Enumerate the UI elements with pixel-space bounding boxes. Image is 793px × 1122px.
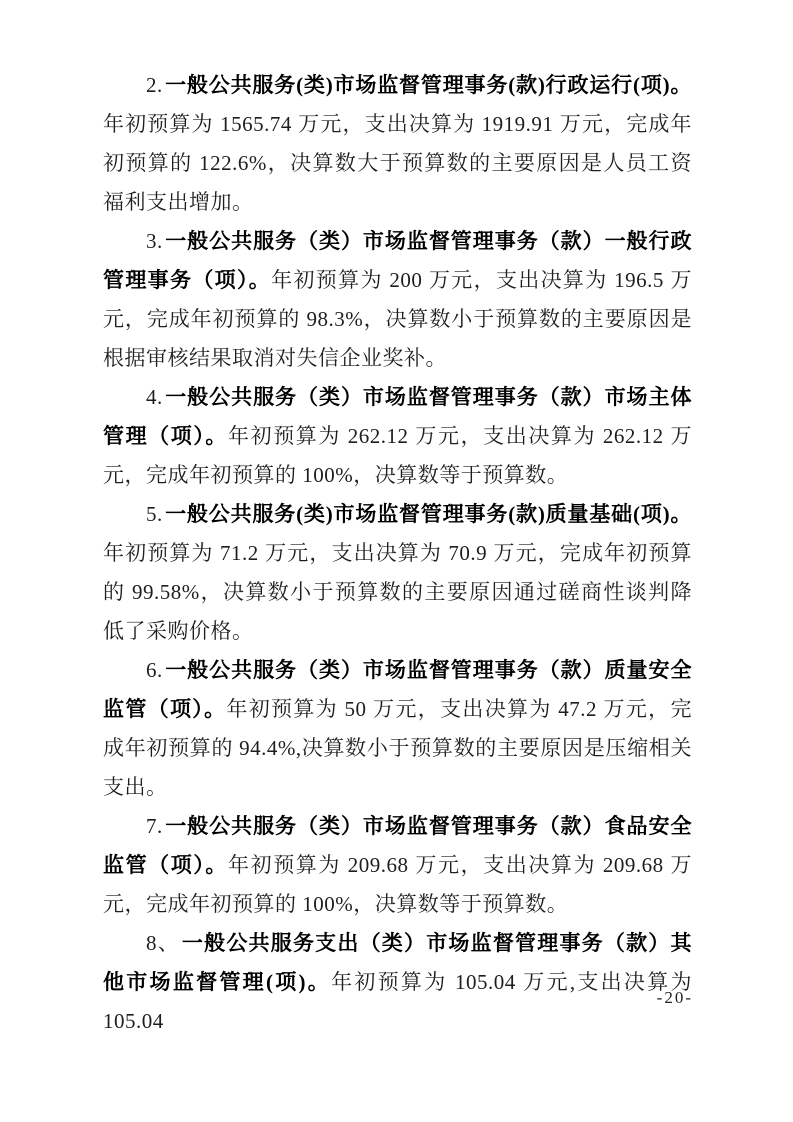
paragraph-number: 4. [146,385,165,409]
budget-paragraph-7: 7.一般公共服务（类）市场监督管理事务（款）食品安全监管（项）。年初预算为 20… [103,807,692,924]
paragraph-number: 5. [146,502,165,526]
budget-paragraph-4: 4.一般公共服务（类）市场监督管理事务（款）市场主体管理（项）。年初预算为 26… [103,378,692,495]
budget-paragraph-3: 3.一般公共服务（类）市场监督管理事务（款）一般行政管理事务（项）。年初预算为 … [103,222,692,378]
budget-paragraph-6: 6.一般公共服务（类）市场监督管理事务（款）质量安全监管（项）。年初预算为 50… [103,651,692,807]
document-body: 2.一般公共服务(类)市场监督管理事务(款)行政运行(项)。年初预算为 1565… [103,66,692,1041]
paragraph-body: 年初预算为 71.2 万元，支出决算为 70.9 万元，完成年初预算的 99.5… [103,541,692,643]
budget-paragraph-8: 8、一般公共服务支出（类）市场监督管理事务（款）其他市场监督管理(项)。年初预算… [103,924,692,1041]
document-page: 2.一般公共服务(类)市场监督管理事务(款)行政运行(项)。年初预算为 1565… [0,0,793,1122]
page-number: -20- [657,988,693,1008]
budget-paragraph-5: 5.一般公共服务(类)市场监督管理事务(款)质量基础(项)。年初预算为 71.2… [103,495,692,651]
paragraph-number: 2. [146,73,165,97]
paragraph-number: 6. [146,658,165,682]
budget-paragraph-2: 2.一般公共服务(类)市场监督管理事务(款)行政运行(项)。年初预算为 1565… [103,66,692,222]
paragraph-body: 年初预算为 1565.74 万元，支出决算为 1919.91 万元，完成年初预算… [103,112,692,214]
paragraph-number: 3. [146,229,165,253]
paragraph-number: 7. [146,814,165,838]
paragraph-heading: 一般公共服务(类)市场监督管理事务(款)行政运行(项)。 [165,73,692,97]
paragraph-number: 8、 [146,931,182,955]
paragraph-heading: 一般公共服务(类)市场监督管理事务(款)质量基础(项)。 [165,502,692,526]
